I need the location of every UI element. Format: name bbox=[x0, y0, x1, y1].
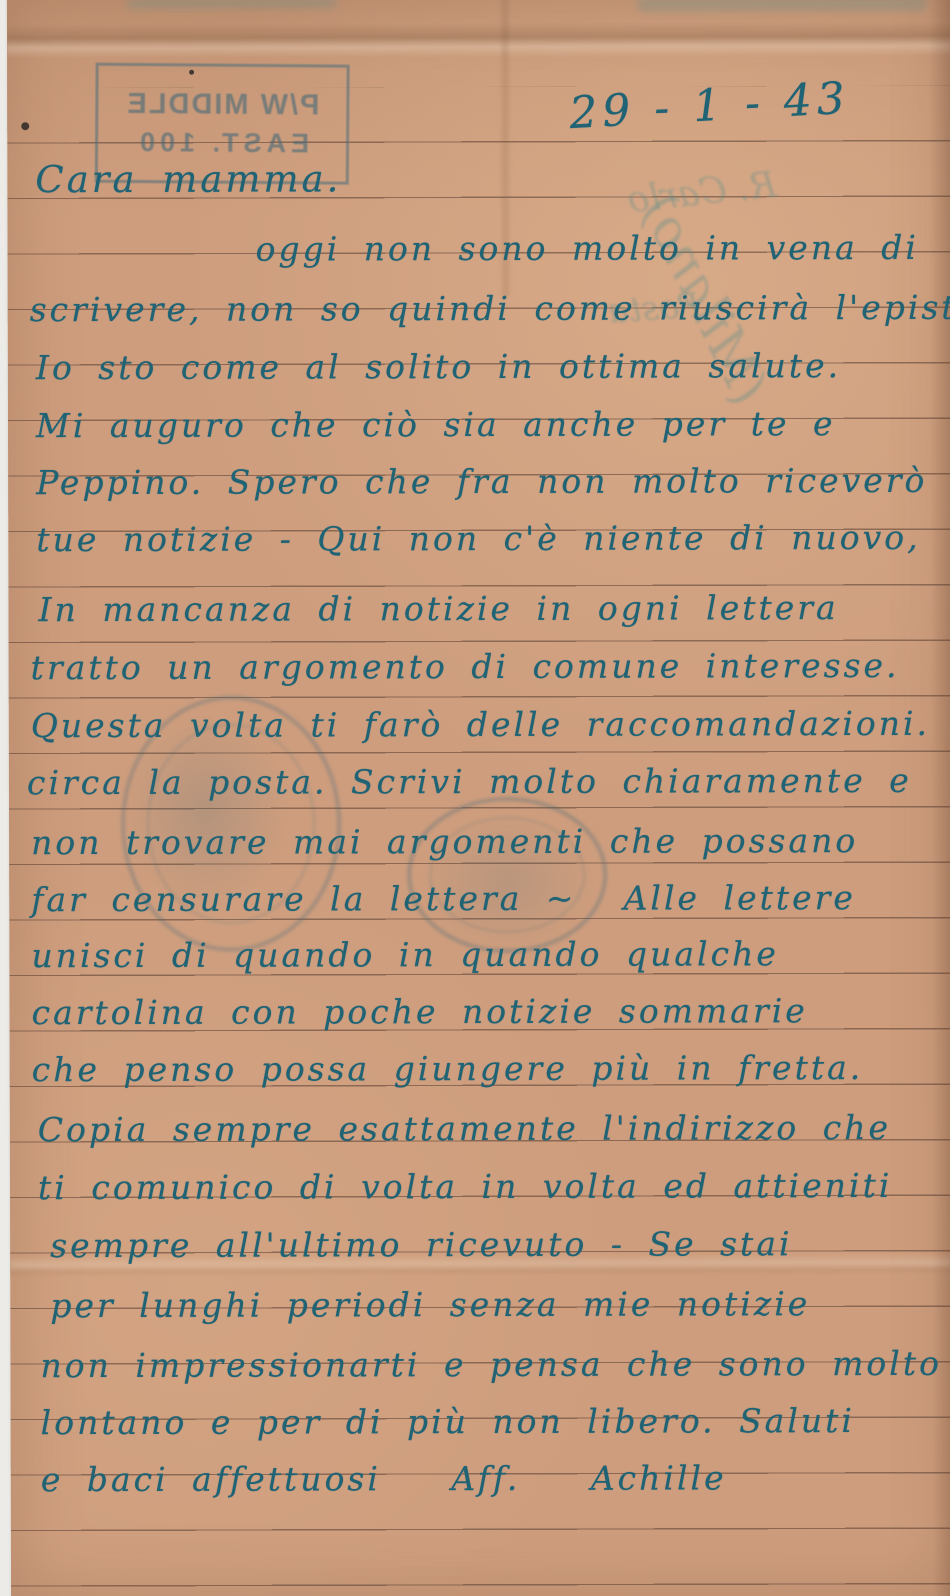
letter-line: che penso possa giungere più in fretta. bbox=[32, 1048, 864, 1089]
letter-line: per lunghi periodi senza mie notizie bbox=[50, 1284, 810, 1325]
letter-line: scrivere, non so quindi come riuscirà l'… bbox=[30, 288, 950, 330]
circular-stamp-small bbox=[407, 797, 607, 954]
letter-line: Mi auguro che ciò sia anche per te e bbox=[36, 404, 836, 445]
letter-line: tue notizie - Qui non c'è niente di nuov… bbox=[36, 518, 920, 559]
bleedthrough-smudge bbox=[637, 0, 927, 12]
censor-stamp-line1: P/W MIDDLE bbox=[125, 85, 319, 126]
letter-line: Peppino. Spero che fra non molto ricever… bbox=[36, 461, 927, 502]
letter-line: non impressionarti e pensa che sono molt… bbox=[40, 1344, 942, 1385]
letter-line: ti comunico di volta in volta ed attieni… bbox=[38, 1166, 892, 1207]
letter-line: oggi non sono molto in vena di bbox=[256, 228, 919, 269]
letter-line: non trovare mai argomenti che possano bbox=[31, 821, 858, 862]
letter-line: cartolina con poche notizie sommarie bbox=[32, 991, 808, 1032]
scanned-letter: P/W MIDDLE EAST. 100 R. Carlo Posta (Mil… bbox=[0, 0, 950, 1596]
letter-line: e baci affettuosi Aff. Achille bbox=[41, 1458, 727, 1499]
letter-line: In mancanza di notizie in ogni lettera bbox=[38, 588, 838, 629]
letter-line: tratto un argomento di comune interesse. bbox=[31, 646, 900, 687]
ink-speck bbox=[21, 122, 29, 130]
letter-line: Io sto come al solito in ottima salute. bbox=[36, 346, 841, 387]
letter-line: Questa volta ti farò delle raccomandazio… bbox=[31, 704, 930, 745]
bleedthrough-smudge bbox=[127, 0, 337, 9]
letter-line: lontano e per di più non libero. Saluti bbox=[41, 1401, 855, 1442]
letter-paper: P/W MIDDLE EAST. 100 R. Carlo Posta (Mil… bbox=[7, 0, 950, 1596]
letter-line: far censurare la lettera ~ Alle lettere bbox=[31, 878, 856, 919]
letter-line: Copia sempre esattamente l'indirizzo che bbox=[38, 1108, 891, 1149]
letter-line: unisci di quando in quando qualche bbox=[31, 934, 779, 975]
paper-fold-top bbox=[7, 22, 950, 58]
letter-salutation: Cara mamma. bbox=[35, 157, 341, 201]
letter-line: circa la posta. Scrivi molto chiaramente… bbox=[27, 761, 912, 802]
letter-line: sempre all'ultimo ricevuto - Se stai bbox=[50, 1224, 792, 1265]
